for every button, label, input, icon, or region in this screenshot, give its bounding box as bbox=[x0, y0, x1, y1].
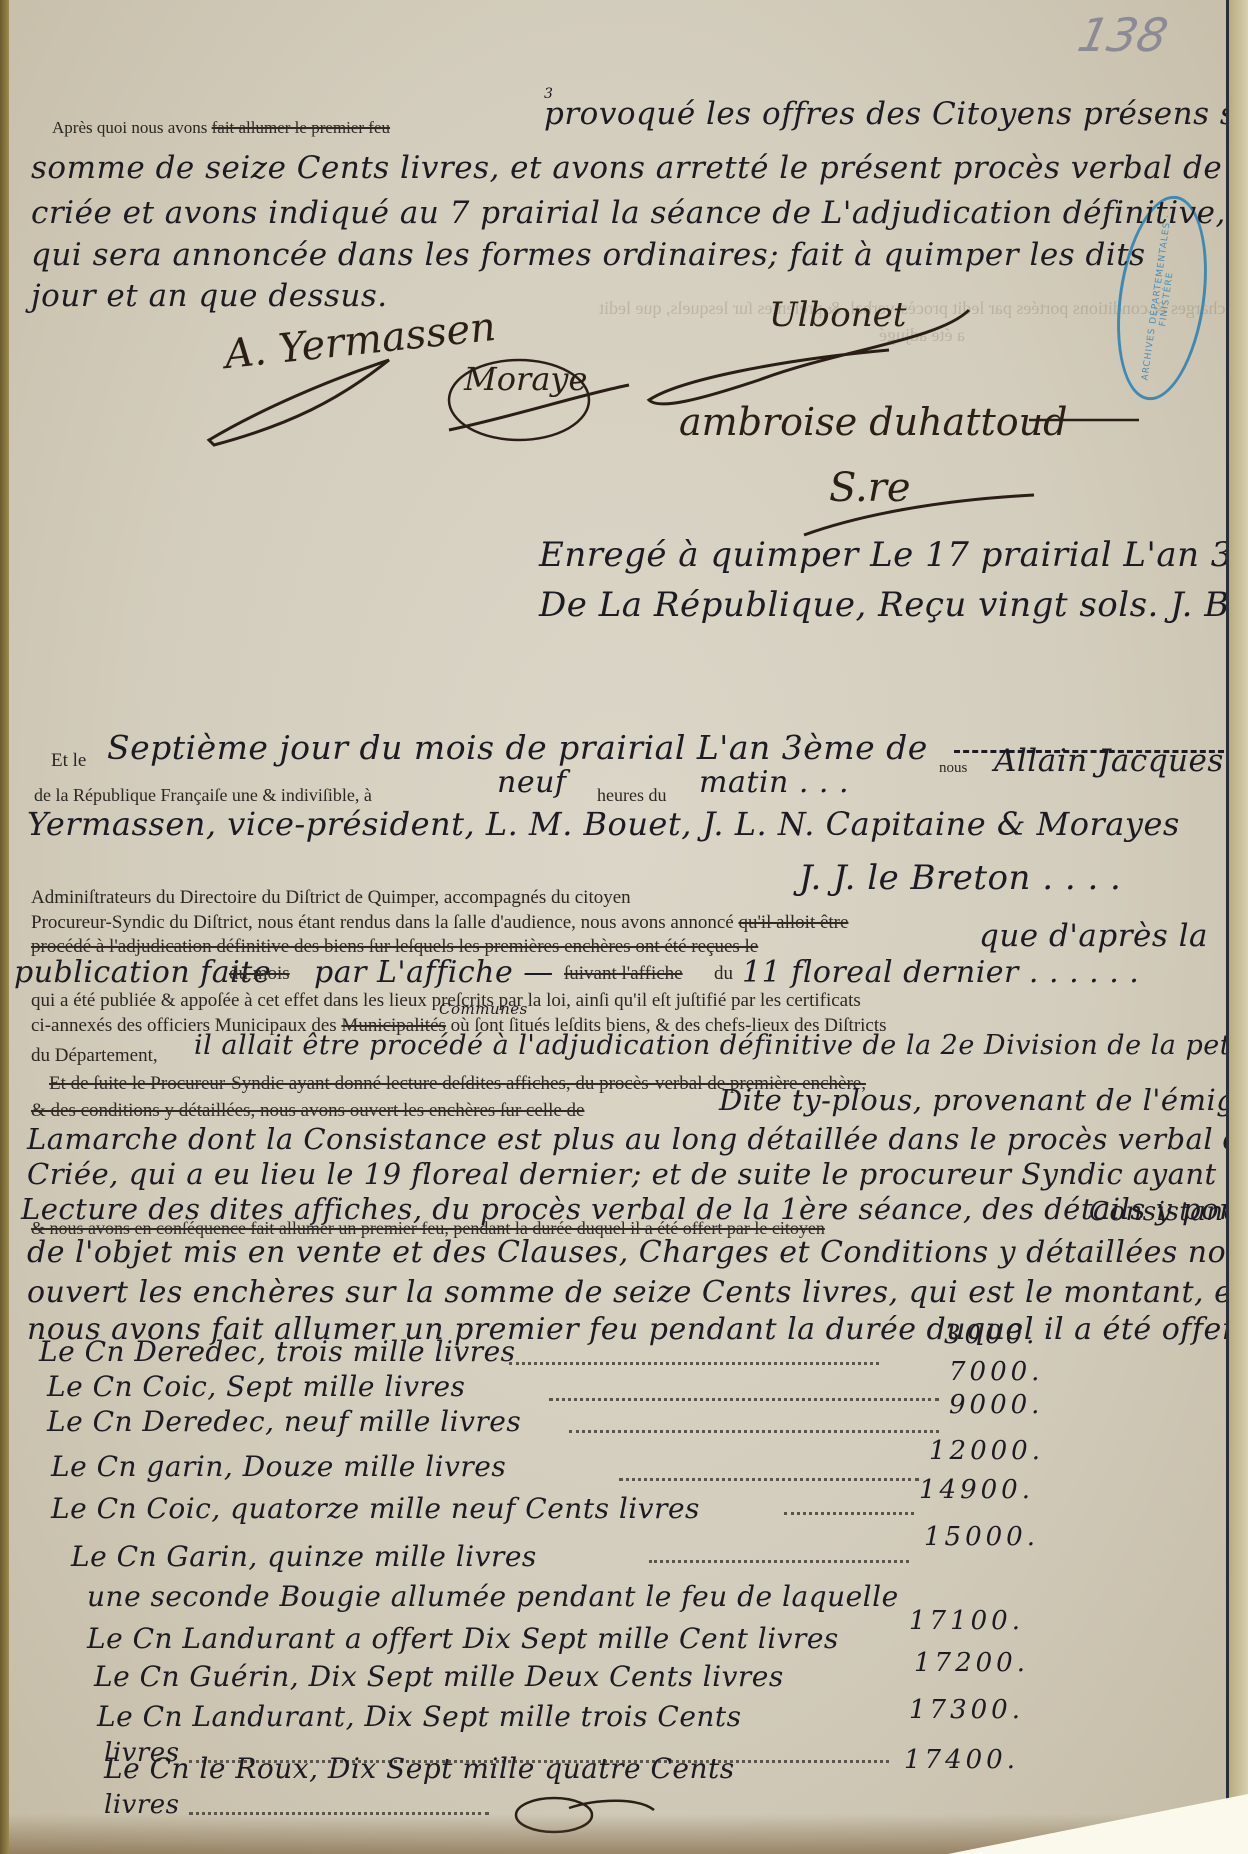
bid-text: Le Cn Coic, Sept mille livres bbox=[47, 1370, 465, 1403]
bid-amount: 9000. bbox=[949, 1390, 1043, 1420]
bid-text: Le Cn Deredec, neuf mille livres bbox=[47, 1405, 521, 1438]
struck-text: du mois bbox=[229, 963, 290, 984]
signature-flourish bbox=[639, 300, 979, 410]
left-binding-edge bbox=[0, 0, 9, 1854]
handwritten-line: Yermassen, vice-président, L. M. Bouet, … bbox=[27, 805, 1180, 843]
handwritten-insert: matin . . . bbox=[699, 765, 849, 800]
dot-leader bbox=[619, 1478, 919, 1481]
struck-text: & des conditions y détaillées, nous avon… bbox=[31, 1100, 584, 1121]
candle-note: une seconde Bougie allumée pendant le fe… bbox=[87, 1580, 899, 1613]
struck-text: fait allumer le premier feu bbox=[212, 118, 390, 137]
printed-line: de la République Françaiſe une & indiviſ… bbox=[34, 785, 372, 806]
printed-line: nous bbox=[939, 760, 967, 777]
handwritten-line: provoqué les offres des Citoyens présens… bbox=[544, 96, 1229, 132]
bid-amount: 7000. bbox=[949, 1357, 1043, 1387]
handwritten-insert: Consistance bbox=[1089, 1197, 1229, 1227]
printed-line: heures du bbox=[597, 785, 666, 806]
bid-amount: 12000. bbox=[929, 1436, 1044, 1466]
struck-text: ſuivant l'affiche bbox=[564, 963, 683, 984]
dot-leader bbox=[649, 1560, 909, 1563]
folio-number: 138 bbox=[1073, 8, 1172, 62]
handwritten-line: ouvert les enchères sur la somme de seiz… bbox=[27, 1275, 1229, 1310]
printed-label: Et le bbox=[51, 750, 86, 772]
bid-amount: 14900. bbox=[919, 1475, 1034, 1505]
bid-text: Le Cn Landurant a offert Dix Sept mille … bbox=[87, 1622, 839, 1655]
struck-text: qu'il alloit être bbox=[738, 912, 848, 933]
bid-text: Le Cn Guérin, Dix Sept mille Deux Cents … bbox=[94, 1660, 784, 1693]
signature-flourish bbox=[199, 340, 399, 450]
handwritten-line: Lamarche dont la Consistance est plus au… bbox=[27, 1122, 1229, 1156]
struck-text: procédé à l'adjudication définitive des … bbox=[31, 936, 758, 957]
bid-text: Le Cn Coic, quatorze mille neuf Cents li… bbox=[51, 1492, 700, 1525]
bid-amount: 17300. bbox=[909, 1695, 1024, 1725]
printed-text: du bbox=[714, 963, 733, 985]
handwritten-insert: 11 floreal dernier . . . . . . bbox=[742, 955, 1139, 990]
handwritten-line: qui sera annoncée dans les formes ordina… bbox=[31, 237, 1146, 273]
dot-leader bbox=[509, 1362, 879, 1365]
struck-printed: du mois bbox=[229, 963, 290, 985]
signature-flourish bbox=[799, 480, 1039, 540]
signature-ambroise-duhattoud: ambroise duhattoud bbox=[679, 400, 1067, 444]
handwritten-line: Septième jour du mois de prairial L'an 3… bbox=[107, 728, 928, 767]
handwritten-insert: neuf bbox=[497, 765, 567, 800]
bid-text: Le Cn Garin, quinze mille livres bbox=[71, 1540, 537, 1573]
bid-text: Le Cn le Roux, Dix Sept mille quatre Cen… bbox=[104, 1752, 735, 1785]
handwritten-line: criée et avons indiqué au 7 prairial la … bbox=[31, 195, 1226, 231]
printed-line-apres-quoi: Après quoi nous avons fait allumer le pr… bbox=[52, 118, 390, 138]
handwritten-insert: J. J. le Breton . . . . bbox=[799, 858, 1121, 898]
printed-text: Procureur-Syndic du Diſtrict, nous étant… bbox=[31, 912, 734, 933]
interlinear-insert: Communes bbox=[439, 1000, 528, 1018]
signature-underline bbox=[1029, 415, 1139, 425]
printed-text: Après quoi nous avons bbox=[52, 118, 207, 137]
dot-leader bbox=[569, 1430, 939, 1433]
handwritten-insert: Dite ty-plous, provenant de l'émigré bbox=[719, 1083, 1229, 1117]
bid-amount: 3000. bbox=[944, 1320, 1038, 1350]
handwritten-insert: que d'après la bbox=[979, 918, 1208, 954]
dot-leader bbox=[549, 1398, 939, 1401]
printed-line: Procureur-Syndic du Diſtrict, nous étant… bbox=[31, 912, 848, 934]
dot-leader bbox=[784, 1512, 914, 1515]
bid-text: Le Cn Landurant, Dix Sept mille trois Ce… bbox=[97, 1700, 742, 1733]
manuscript-page: aux clauſes, charges & conditions portée… bbox=[9, 0, 1229, 1854]
printed-line: & des conditions y détaillées, nous avon… bbox=[31, 1100, 584, 1122]
struck-printed: ſuivant l'affiche bbox=[564, 963, 683, 985]
registration-line: Enregé à quimper Le 17 prairial L'an 3. bbox=[539, 535, 1229, 575]
bid-amount: 17200. bbox=[914, 1648, 1029, 1678]
bid-amount: 17400. bbox=[904, 1745, 1019, 1775]
handwritten-insert: par L'affiche — — bbox=[314, 955, 594, 990]
signature-flourish bbox=[439, 345, 639, 475]
handwritten-line: jour et an que dessus. bbox=[31, 278, 388, 314]
right-binding-edge bbox=[1229, 0, 1248, 1854]
handwritten-insert: Allain Jacques bbox=[994, 743, 1224, 779]
printed-line: Adminiſtrateurs du Directoire du Diſtric… bbox=[31, 887, 631, 909]
handwritten-line: Criée, qui a eu lieu le 19 floreal derni… bbox=[27, 1157, 1229, 1191]
handwritten-line: de l'objet mis en vente et des Clauses, … bbox=[27, 1235, 1229, 1270]
registration-line: De La République, Reçu vingt sols. J. Br… bbox=[539, 585, 1229, 625]
handwritten-line: il allait être procédé à l'adjudication … bbox=[194, 1030, 1229, 1061]
bid-amount: 17100. bbox=[909, 1606, 1024, 1636]
bid-text: Le Cn Deredec, trois mille livres bbox=[39, 1335, 516, 1368]
bid-text: Le Cn garin, Douze mille livres bbox=[51, 1450, 506, 1483]
printed-label: du Département, bbox=[31, 1045, 158, 1067]
bid-amount: 15000. bbox=[924, 1522, 1039, 1552]
bid-suffix: . . . bbox=[1084, 1320, 1136, 1344]
handwritten-line: somme de seize Cents livres, et avons ar… bbox=[31, 150, 1229, 186]
